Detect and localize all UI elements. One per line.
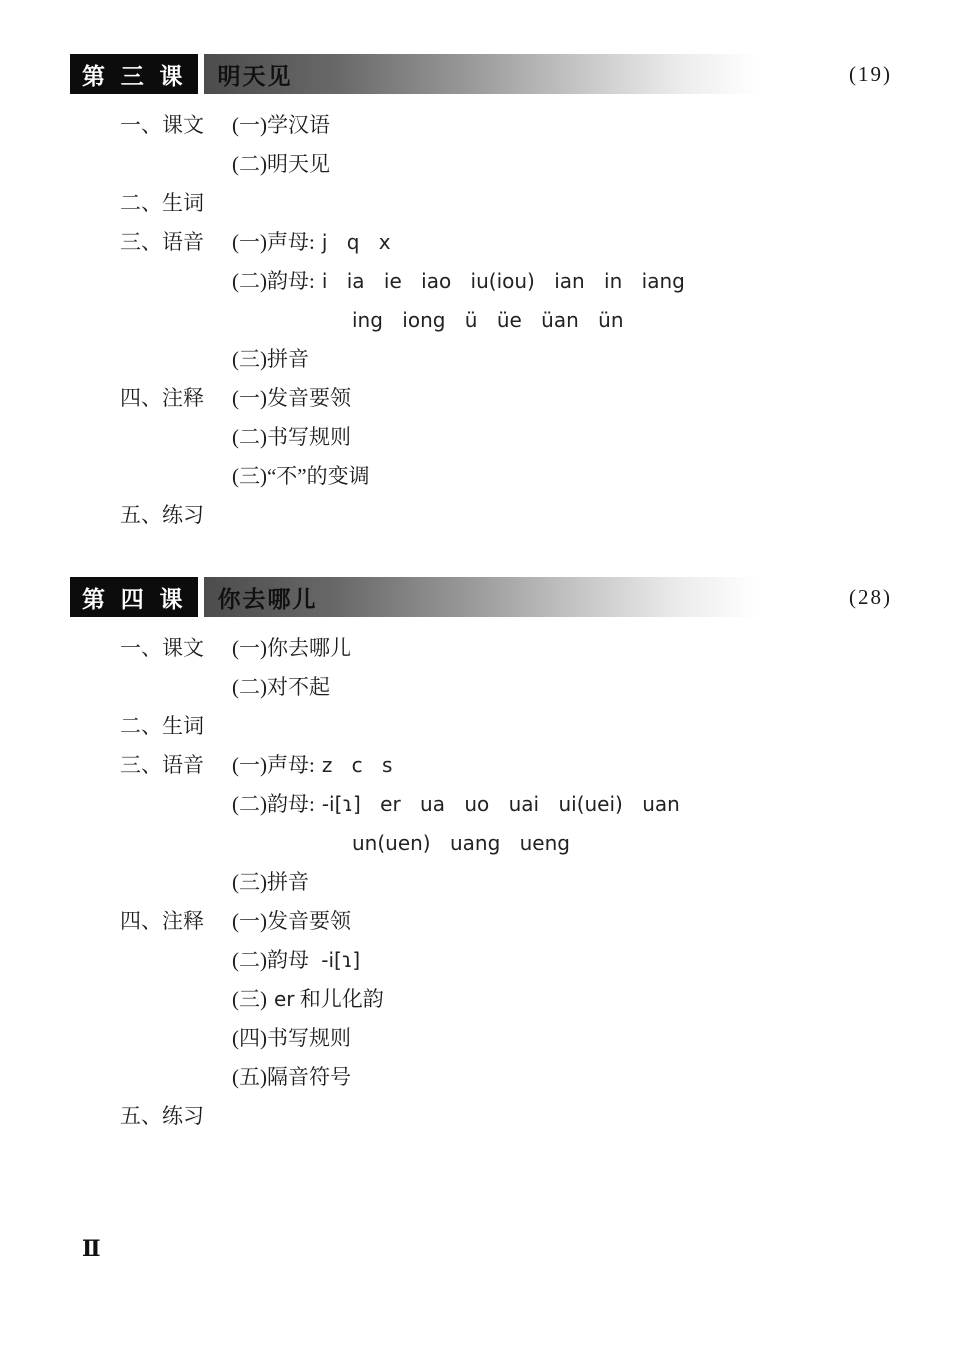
outline-level1-label: 四、注释 [120, 902, 232, 941]
outline-entry-text: (一)发音要领 [232, 909, 351, 933]
outline-entry-text: (三)“不”的变调 [232, 464, 370, 488]
outline-level1-label [120, 418, 232, 457]
outline-entry: (三)拼音 [232, 340, 309, 379]
outline-entry-text: (四)书写规则 [232, 1026, 351, 1050]
outline-item: (二)韵母 -i[ɿ] [120, 941, 892, 980]
lesson-header: 第 三 课 明天见 (19) [70, 54, 892, 94]
outline-level1-label [120, 1058, 232, 1097]
outline-entry: (四)书写规则 [232, 1019, 351, 1058]
outline-level1-label [120, 340, 232, 379]
outline-entry-text: (三)拼音 [232, 347, 309, 371]
outline-level1-label [120, 824, 232, 863]
outline-entry: (一)声母:j q x [232, 223, 391, 262]
outline-level1-label: 四、注释 [120, 379, 232, 418]
outline-entry-text: (一)发音要领 [232, 386, 351, 410]
outline-entry: (二)韵母:i ia ie iao iu(iou) ian in iang [232, 262, 685, 301]
lesson-number-label: 第 四 课 [70, 577, 198, 617]
outline-item: 三、语音 (一)声母:j q x [120, 223, 892, 262]
outline-item: (四)书写规则 [120, 1019, 892, 1058]
outline-level1-label: 三、语音 [120, 746, 232, 785]
lesson-number-label: 第 三 课 [70, 54, 198, 94]
outline-entry: (二)明天见 [232, 145, 330, 184]
outline-entry-text: (一)你去哪儿 [232, 636, 351, 660]
outline-entry: (二)对不起 [232, 668, 330, 707]
outline-item: 一、课文 (一)学汉语 [120, 106, 892, 145]
lesson-section: 第 四 课 你去哪儿 (28) 一、课文 (一)你去哪儿 (二)对不起 二、生词… [70, 577, 892, 1136]
outline-item: 五、练习 [120, 496, 892, 535]
outline-level1-label: 一、课文 [120, 106, 232, 145]
outline-item: (三)“不”的变调 [120, 457, 892, 496]
outline-item: 五、练习 [120, 1097, 892, 1136]
outline-level1-label [120, 262, 232, 301]
outline-item: (三)拼音 [120, 340, 892, 379]
lesson-title: 你去哪儿 [218, 581, 318, 614]
lesson-title: 明天见 [218, 58, 293, 91]
outline-item: (二)对不起 [120, 668, 892, 707]
outline-item: un(uen) uang ueng [120, 824, 892, 863]
document-page: 第 三 课 明天见 (19) 一、课文 (一)学汉语 (二)明天见 二、生词 三… [0, 0, 960, 1347]
outline-item: (三)er 和儿化韵 [120, 980, 892, 1019]
outline-item: 二、生词 [120, 184, 892, 223]
outline-entry-text: (三)拼音 [232, 870, 309, 894]
outline-level1-label [120, 941, 232, 980]
outline-entry-text: (一)声母: [232, 230, 315, 254]
outline-list: 一、课文 (一)你去哪儿 (二)对不起 二、生词 三、语音 (一)声母:z c … [120, 629, 892, 1136]
outline-entry-text: (二)书写规则 [232, 425, 351, 449]
lesson-section: 第 三 课 明天见 (19) 一、课文 (一)学汉语 (二)明天见 二、生词 三… [70, 0, 892, 535]
outline-entry-text: (一)声母: [232, 753, 315, 777]
lesson-list: 第 三 课 明天见 (19) 一、课文 (一)学汉语 (二)明天见 二、生词 三… [0, 0, 960, 1136]
outline-entry-text: (一)学汉语 [232, 113, 330, 137]
outline-level1-label: 二、生词 [120, 184, 232, 223]
outline-entry: (三)“不”的变调 [232, 457, 370, 496]
outline-entry: (五)隔音符号 [232, 1058, 351, 1097]
outline-item: (二)书写规则 [120, 418, 892, 457]
outline-entry: (一)声母:z c s [232, 746, 392, 785]
outline-entry: (二)韵母:-i[ɿ] er ua uo uai ui(uei) uan [232, 785, 680, 824]
outline-entry: un(uen) uang ueng [352, 824, 570, 863]
pinyin-text: un(uen) uang ueng [352, 831, 570, 855]
outline-level1-label [120, 980, 232, 1019]
lesson-page-number: (19) [800, 54, 892, 94]
outline-list: 一、课文 (一)学汉语 (二)明天见 二、生词 三、语音 (一)声母:j q x… [120, 106, 892, 535]
outline-item: ing iong ü üe üan ün [120, 301, 892, 340]
page-number-footer: Ⅱ [82, 1236, 101, 1262]
outline-level1-label [120, 785, 232, 824]
outline-level1-label: 三、语音 [120, 223, 232, 262]
pinyin-text: er [274, 987, 295, 1011]
outline-item: (二)韵母:i ia ie iao iu(iou) ian in iang [120, 262, 892, 301]
outline-entry: (二)书写规则 [232, 418, 351, 457]
outline-entry-text: (二)明天见 [232, 152, 330, 176]
outline-entry-text: (二)对不起 [232, 675, 330, 699]
outline-level1-label [120, 457, 232, 496]
lesson-page-number: (28) [800, 577, 892, 617]
outline-entry-text: (五)隔音符号 [232, 1065, 351, 1089]
outline-level1-label [120, 863, 232, 902]
outline-item: 四、注释 (一)发音要领 [120, 902, 892, 941]
outline-level1-label [120, 668, 232, 707]
outline-item: (三)拼音 [120, 863, 892, 902]
pinyin-text: i ia ie iao iu(iou) ian in iang [322, 269, 685, 293]
outline-item: 三、语音 (一)声母:z c s [120, 746, 892, 785]
outline-entry: (一)你去哪儿 [232, 629, 351, 668]
outline-entry-text-after: 和儿化韵 [295, 987, 384, 1011]
pinyin-text: -i[ɿ] er ua uo uai ui(uei) uan [322, 792, 680, 816]
outline-entry-text: (二)韵母: [232, 792, 315, 816]
outline-level1-label [120, 301, 232, 340]
lesson-title-bar: 你去哪儿 [204, 577, 801, 617]
outline-item: 一、课文 (一)你去哪儿 [120, 629, 892, 668]
pinyin-text: z c s [322, 753, 393, 777]
pinyin-text: -i[ɿ] [321, 948, 360, 972]
pinyin-text: ing iong ü üe üan ün [352, 308, 624, 332]
outline-entry-text: (三) [232, 987, 267, 1011]
outline-entry: (一)发音要领 [232, 902, 351, 941]
lesson-title-bar: 明天见 [204, 54, 801, 94]
outline-level1-label [120, 145, 232, 184]
outline-item: (五)隔音符号 [120, 1058, 892, 1097]
outline-level1-label [120, 1019, 232, 1058]
outline-item: (二)明天见 [120, 145, 892, 184]
outline-entry-text: (二)韵母: [232, 269, 315, 293]
outline-entry-text: (二)韵母 [232, 948, 314, 972]
outline-entry: (一)学汉语 [232, 106, 330, 145]
outline-entry: ing iong ü üe üan ün [352, 301, 624, 340]
outline-item: (二)韵母:-i[ɿ] er ua uo uai ui(uei) uan [120, 785, 892, 824]
outline-level1-label: 五、练习 [120, 1097, 232, 1136]
outline-entry: (二)韵母 -i[ɿ] [232, 941, 360, 980]
outline-item: 四、注释 (一)发音要领 [120, 379, 892, 418]
outline-level1-label: 二、生词 [120, 707, 232, 746]
outline-entry: (三)er 和儿化韵 [232, 980, 384, 1019]
pinyin-text: j q x [322, 230, 391, 254]
outline-entry: (三)拼音 [232, 863, 309, 902]
outline-level1-label: 五、练习 [120, 496, 232, 535]
outline-entry: (一)发音要领 [232, 379, 351, 418]
outline-level1-label: 一、课文 [120, 629, 232, 668]
lesson-header: 第 四 课 你去哪儿 (28) [70, 577, 892, 617]
outline-item: 二、生词 [120, 707, 892, 746]
